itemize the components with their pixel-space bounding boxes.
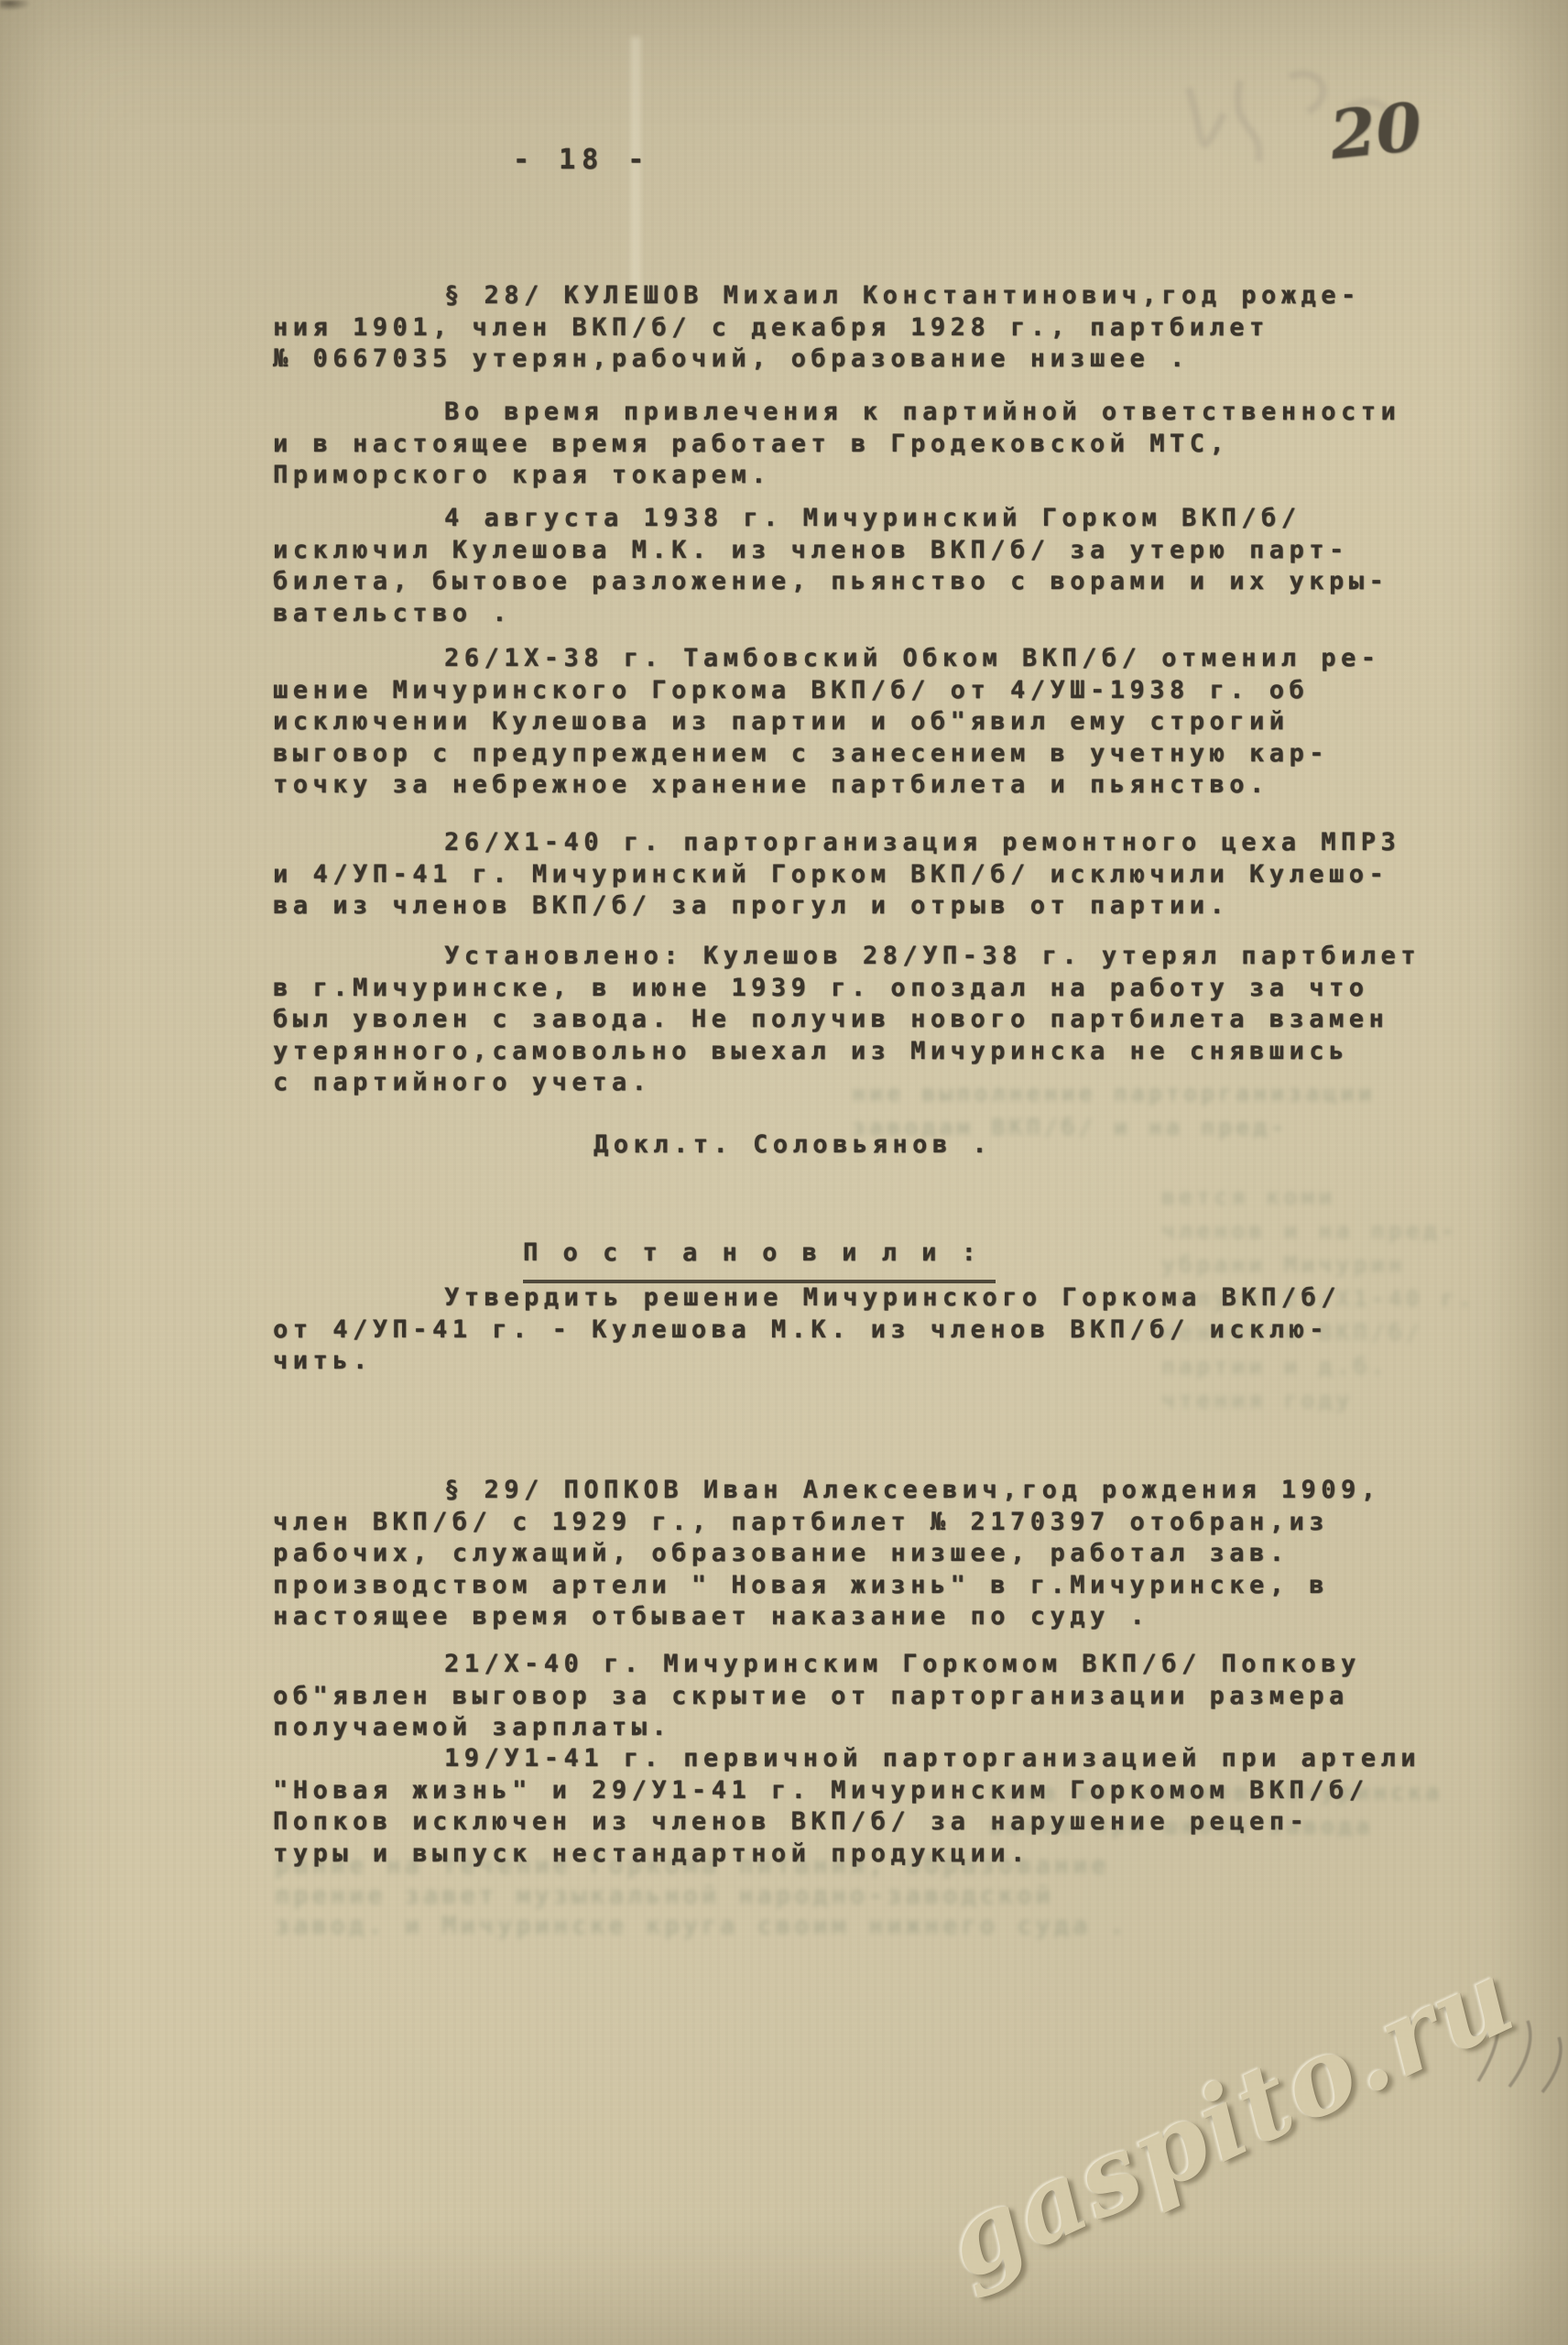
handwritten-page-number: 20 [1326,87,1426,174]
paragraph-28-findings: Установлено: Кулешов 28/УП-38 г. утерял … [273,941,1454,1099]
paragraph-28-obkom-decision: 26/1Х-38 г. Тамбовский Обком ВКП/б/ отме… [273,643,1454,802]
resolution-heading: П о с т а н о в и л и : [523,1205,1219,1283]
paragraph-29-exclusion: 19/У1-41 г. первичной парторганизацией п… [273,1743,1454,1870]
speaker-line: Докл.т. Соловьянов . [593,1129,1253,1162]
paragraph-28-intro: § 28/ КУЛЕШОВ Михаил Константинович,год … [273,280,1454,376]
document-page: ние выполнение парторганизации заводам В… [0,0,1568,2345]
gaspito-watermark: gaspito.ru [927,1936,1532,2304]
paragraph-28-mprz-exclusion: 26/Х1-40 г. парторганизация ремонтного ц… [273,827,1454,922]
scan-speck [0,0,31,11]
paragraph-28-current-work: Во время привлечения к партийной ответст… [273,397,1454,492]
paragraph-28-resolution: Утвердить решение Мичуринского Горкома В… [273,1282,1454,1378]
paragraph-28-exclusion-1938: 4 августа 1938 г. Мичуринский Горком ВКП… [273,503,1454,629]
paragraph-29-reprimand: 21/Х-40 г. Мичуринским Горкомом ВКП/б/ П… [273,1649,1454,1744]
page-number: - 18 - [513,145,650,177]
resolution-heading-text: П о с т а н о в и л и : [523,1238,996,1284]
paragraph-29-intro: § 29/ ПОПКОВ Иван Алексеевич,год рождени… [273,1475,1454,1633]
